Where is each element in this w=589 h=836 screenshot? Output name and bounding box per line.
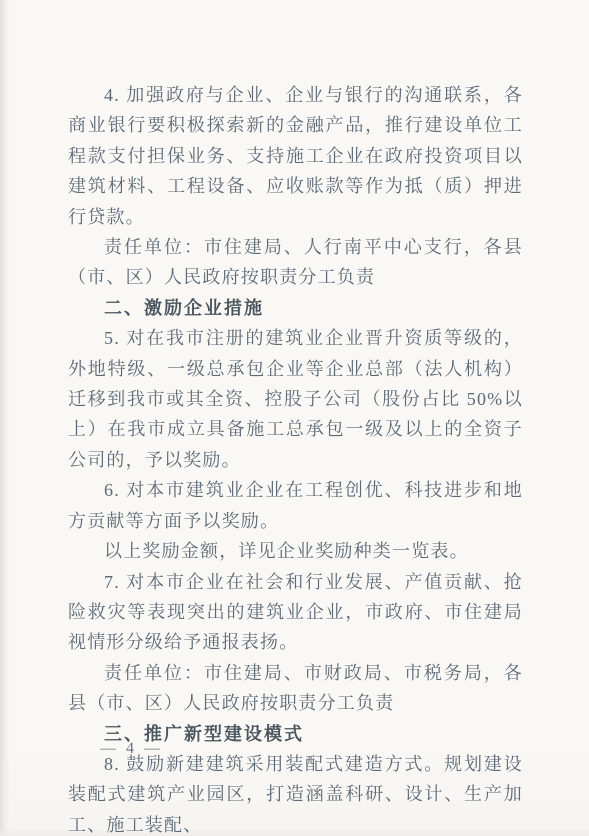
paragraph-item-7: 7. 对本市企业在社会和行业发展、产值贡献、抢险救灾等表现突出的建筑业企业，市政…	[68, 567, 523, 658]
paragraph-item-4: 4. 加强政府与企业、企业与银行的沟通联系，各商业银行要积极探索新的金融产品，推…	[68, 80, 523, 232]
responsibility-unit-line-2: 责任单位：市住建局、市财政局、市税务局，各县（市、区）人民政府按职责分工负责	[68, 658, 523, 719]
paragraph-item-5: 5. 对在我市注册的建筑业企业晋升资质等级的，外地特级、一级总承包企业等企业总部…	[68, 323, 523, 475]
paragraph-item-8: 8. 鼓励新建建筑采用装配式建造方式。规划建设装配式建筑产业园区，打造涵盖科研、…	[68, 749, 523, 836]
responsibility-unit-line-1: 责任单位：市住建局、人行南平中心支行，各县（市、区）人民政府按职责分工负责	[68, 232, 523, 293]
section-heading-2-incentives: 二、激励企业措施	[68, 293, 523, 323]
paragraph-reward-note: 以上奖励金额，详见企业奖励种类一览表。	[68, 536, 523, 566]
document-body: 4. 加强政府与企业、企业与银行的沟通联系，各商业银行要积极探索新的金融产品，推…	[68, 80, 523, 836]
paragraph-item-6: 6. 对本市建筑业企业在工程创优、科技进步和地方贡献等方面予以奖励。	[68, 475, 523, 536]
scanned-document-page: 4. 加强政府与企业、企业与银行的沟通联系，各商业银行要积极探索新的金融产品，推…	[0, 0, 589, 836]
scan-left-edge-shadow	[0, 0, 10, 836]
page-number: — 4 —	[100, 740, 163, 758]
